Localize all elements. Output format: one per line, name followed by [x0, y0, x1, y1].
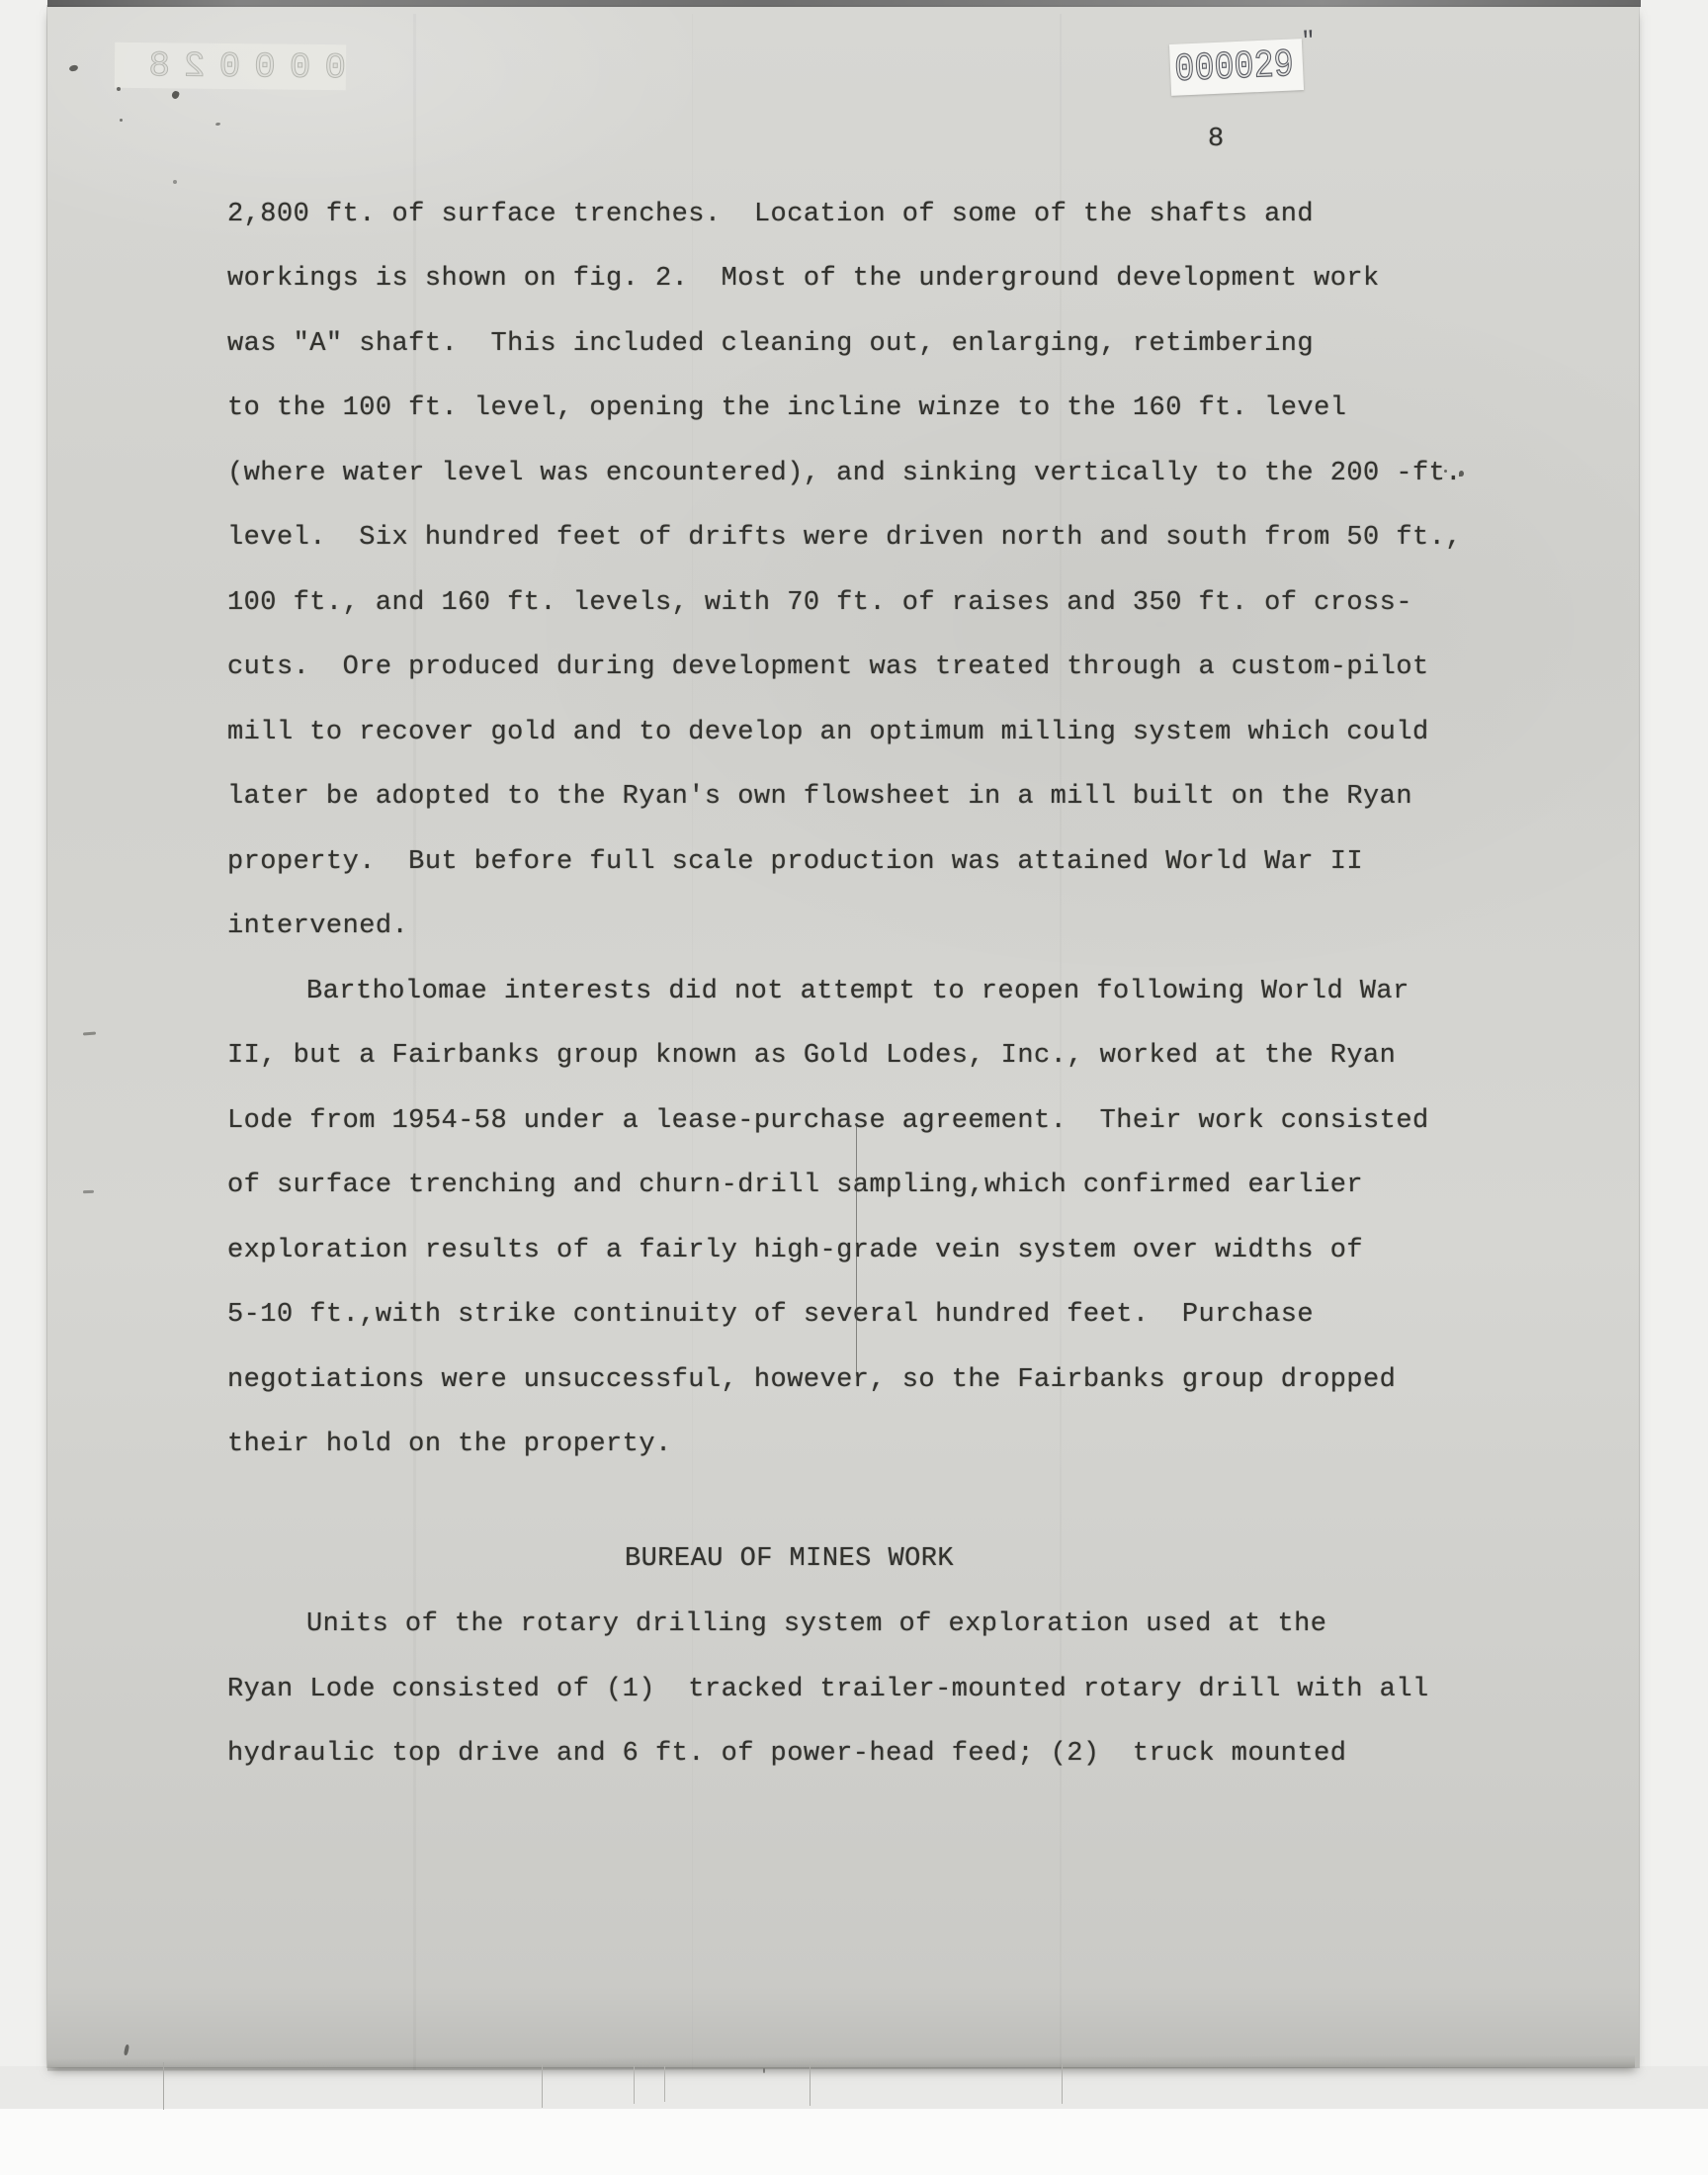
scanned-document-page: { "page": { "number": "8", "stamp_front"… [0, 0, 1708, 2175]
typed-line: 2,800 ft. of surface trenches. Location … [227, 199, 1314, 230]
stamp-quote-mark: " [1301, 29, 1317, 56]
typed-line: mill to recover gold and to develop an o… [227, 717, 1429, 748]
typed-line: later be adopted to the Ryan's own flows… [227, 781, 1412, 813]
typed-line: II, but a Fairbanks group known as Gold … [227, 1040, 1396, 1072]
bleedthrough-stamp: 000028 [115, 43, 346, 90]
section-heading: BUREAU OF MINES WORK [625, 1543, 954, 1575]
document-stamp: 000029 " [1169, 39, 1304, 96]
typed-line: their hold on the property. [227, 1429, 672, 1460]
typed-line: intervened. [227, 911, 408, 942]
bottom-crease-line [810, 2064, 811, 2106]
fold-line [856, 1123, 857, 1376]
bottom-crease-line [542, 2064, 543, 2108]
typed-line: of surface trenching and churn-drill sam… [227, 1170, 1363, 1201]
typed-line: 100 ft., and 160 ft. levels, with 70 ft.… [227, 587, 1412, 619]
typed-line: to the 100 ft. level, opening the inclin… [227, 392, 1346, 424]
scan-speck [173, 180, 177, 184]
bottom-crease-line [664, 2066, 665, 2102]
scanner-bed-strip [0, 2066, 1708, 2109]
scan-speck [1459, 471, 1464, 477]
typed-line: property. But before full scale producti… [227, 846, 1363, 878]
typed-line: exploration results of a fairly high-gra… [227, 1235, 1363, 1266]
typed-line: (where water level was encountered), and… [227, 458, 1462, 489]
margin-dash-mark [83, 1190, 94, 1193]
typed-line: hydraulic top drive and 6 ft. of power-h… [227, 1738, 1346, 1770]
typed-line: 5-10 ft.,with strike continuity of sever… [227, 1299, 1314, 1331]
scan-speck [1444, 470, 1447, 473]
typed-line: Ryan Lode consisted of (1) tracked trail… [227, 1674, 1429, 1705]
page-number: 8 [1208, 125, 1224, 154]
typed-line: level. Six hundred feet of drifts were d… [227, 522, 1462, 554]
typed-line: Bartholomae interests did not attempt to… [306, 976, 1409, 1007]
typed-line: Lode from 1954-58 under a lease-purchase… [227, 1105, 1429, 1137]
document-stamp-digits: 000029 [1169, 39, 1288, 99]
typed-line: workings is shown on fig. 2. Most of the… [227, 263, 1380, 295]
scanner-bed-white [0, 2109, 1708, 2175]
typed-line: was "A" shaft. This included cleaning ou… [227, 328, 1314, 360]
typed-line: negotiations were unsuccessful, however,… [227, 1364, 1396, 1396]
paper-top-edge-shadow [47, 0, 1641, 7]
bleedthrough-stamp-digits: 000028 [115, 43, 346, 92]
bottom-crease-line [163, 2062, 164, 2110]
scan-speck [763, 2068, 765, 2073]
typed-line: cuts. Ore produced during development wa… [227, 652, 1429, 683]
bottom-crease-line [634, 2066, 635, 2104]
scan-speck [120, 119, 123, 122]
scan-speck [117, 87, 121, 91]
typed-line: Units of the rotary drilling system of e… [306, 1609, 1326, 1640]
bottom-crease-line [1062, 2064, 1063, 2104]
